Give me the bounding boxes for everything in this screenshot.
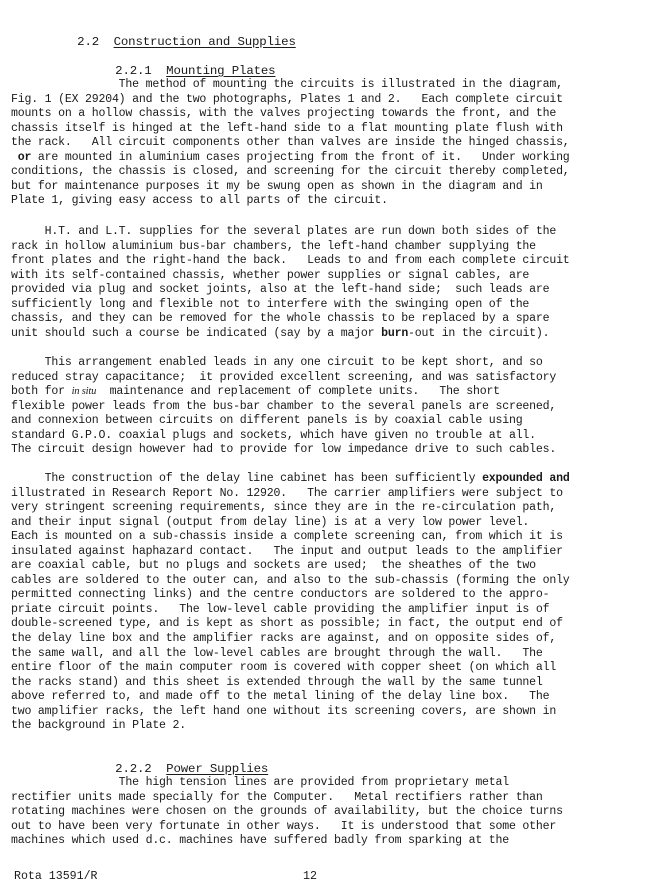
text-line: two amplifier racks, the left hand one w…: [11, 705, 650, 720]
text-line: double-screened type, and is kept as sho…: [11, 617, 650, 632]
text-line: machines which used d.c. machines have s…: [11, 834, 650, 849]
text-line: The circuit design however had to provid…: [11, 443, 650, 458]
text-line: chassis itself is hinged at the left-han…: [11, 122, 650, 137]
text-line: The high tension lines are provided from…: [11, 776, 650, 791]
text-line: but for maintenance purposes it my be sw…: [11, 180, 650, 195]
text-fragment: both for: [11, 385, 72, 398]
text-line: very stringent screening requirements, s…: [11, 501, 650, 516]
text-line: mounts on a hollow chassis, with the val…: [11, 107, 650, 122]
text-line: permitted connecting links) and the cent…: [11, 588, 650, 603]
text-fragment: maintenance and replacement of complete …: [96, 385, 500, 398]
text-line: sufficiently long and flexible not to in…: [11, 298, 650, 313]
text-line: flexible power leads from the bus-bar ch…: [11, 400, 650, 415]
text-line: priate circuit points. The low-level cab…: [11, 603, 650, 618]
text-line: and connexion between circuits on differ…: [11, 414, 650, 429]
text-line: illustrated in Research Report No. 12920…: [11, 487, 650, 502]
page-number: 12: [303, 870, 317, 883]
text-line: out to have been very fortunate in other…: [11, 820, 650, 835]
text-line: provided via plug and socket joints, als…: [11, 283, 650, 298]
text-line: This arrangement enabled leads in any on…: [11, 356, 650, 371]
text-line: or are mounted in aluminium cases projec…: [11, 151, 650, 166]
text-line: conditions, the chassis is closed, and s…: [11, 165, 650, 180]
text-line: the racks stand) and this sheet is exten…: [11, 676, 650, 691]
subsection-title: Mounting Plates: [166, 64, 275, 78]
text-line: the same wall, and all the low-level cab…: [11, 647, 650, 662]
text-line: Each is mounted on a sub-chassis inside …: [11, 530, 650, 545]
paragraph-mounting-method: The method of mounting the circuits is i…: [11, 78, 650, 209]
text-line: The construction of the delay line cabin…: [11, 472, 650, 487]
text-line: unit should such a course be indicated (…: [11, 327, 650, 342]
text-line: Fig. 1 (EX 29204) and the two photograph…: [11, 93, 650, 108]
text-line: reduced stray capacitance; it provided e…: [11, 371, 650, 386]
paragraph-delay-line-cabinet: The construction of the delay line cabin…: [11, 472, 650, 734]
paragraph-arrangement: This arrangement enabled leads in any on…: [11, 356, 650, 458]
text-line: insulated against haphazard contact. The…: [11, 545, 650, 560]
text-line: chassis, and they can be removed for the…: [11, 312, 650, 327]
text-line: front plates and the right-hand the back…: [11, 254, 650, 269]
paragraph-ht-lt-supplies: H.T. and L.T. supplies for the several p…: [11, 225, 650, 341]
text-line: standard G.P.O. coaxial plugs and socket…: [11, 429, 650, 444]
text-line: with its self-contained chassis, whether…: [11, 269, 650, 284]
text-line: the rack. All circuit components other t…: [11, 136, 650, 151]
text-line: entire floor of the main computer room i…: [11, 661, 650, 676]
text-line: cables are soldered to the outer can, an…: [11, 574, 650, 589]
text-line: rectifier units made specially for the C…: [11, 791, 650, 806]
text-line: rack in hollow aluminium bus-bar chamber…: [11, 240, 650, 255]
text-line: are coaxial cable, but no plugs and sock…: [11, 559, 650, 574]
section-number: 2.2: [77, 35, 99, 49]
section-title: Construction and Supplies: [114, 35, 296, 49]
footer-reference: Rota 13591/R: [14, 870, 98, 883]
text-line: both for in situ maintenance and replace…: [11, 385, 650, 400]
text-line: the background in Plate 2.: [11, 719, 650, 734]
text-line: H.T. and L.T. supplies for the several p…: [11, 225, 650, 240]
subsection-title: Power Supplies: [166, 762, 268, 776]
subsection-number: 2.2.1: [115, 64, 151, 78]
text-line: Plate 1, giving easy access to all parts…: [11, 194, 650, 209]
text-line: above referred to, and made off to the m…: [11, 690, 650, 705]
text-line: rotating machines were chosen on the gro…: [11, 805, 650, 820]
text-line: The method of mounting the circuits is i…: [11, 78, 650, 93]
document-page: 2.2 Construction and Supplies 2.2.1 Moun…: [0, 0, 650, 894]
italic-phrase: in situ: [72, 386, 97, 397]
paragraph-high-tension: The high tension lines are provided from…: [11, 776, 650, 849]
text-line: the delay line box and the amplifier rac…: [11, 632, 650, 647]
text-line: and their input signal (output from dela…: [11, 516, 650, 531]
subsection-number: 2.2.2: [115, 762, 151, 776]
